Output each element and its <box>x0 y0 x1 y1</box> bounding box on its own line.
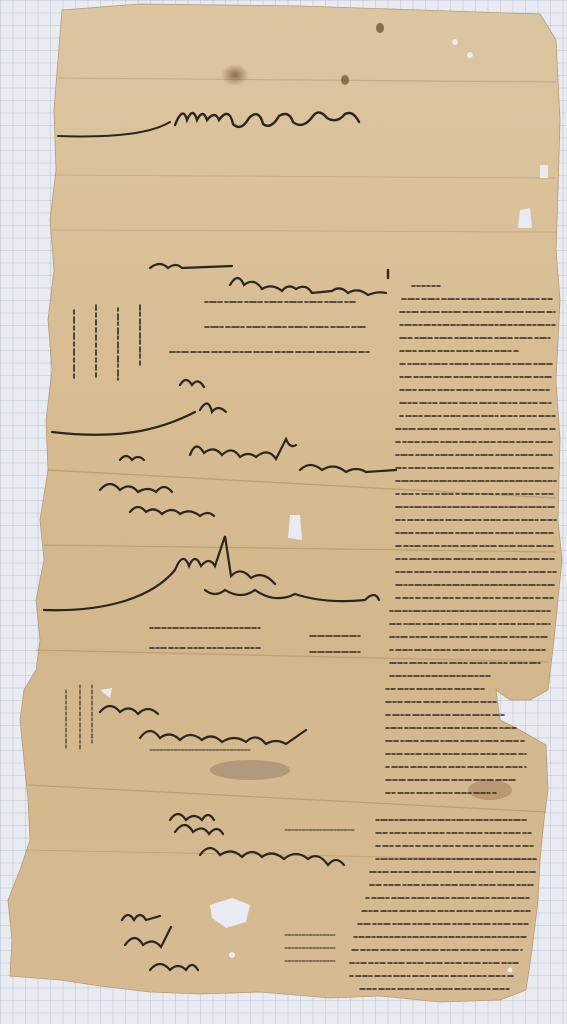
parchment-body <box>8 4 562 1002</box>
manuscript-leaf <box>0 0 567 1024</box>
manuscript-photo: Photograph of a torn, stained historical… <box>0 0 567 1024</box>
